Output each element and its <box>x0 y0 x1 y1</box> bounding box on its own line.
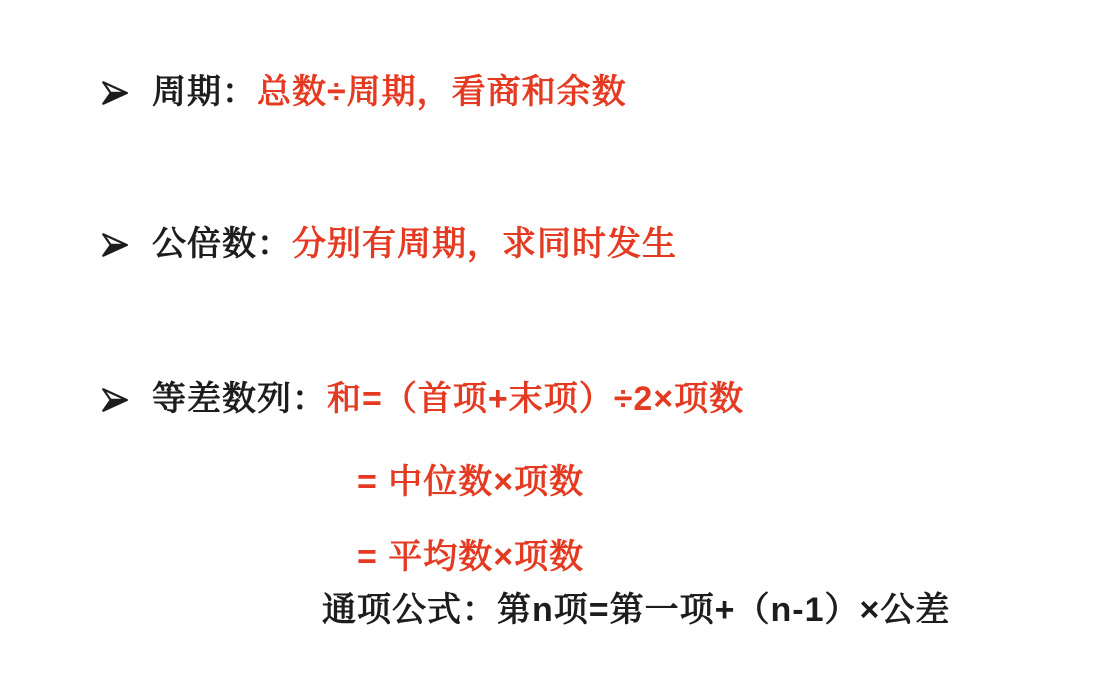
general-term-label: 通项公式： <box>322 590 497 631</box>
average-formula: = 平均数×项数 <box>357 537 584 578</box>
bullet-item-cycle: 周期： 总数÷周期，看商和余数 <box>100 72 627 113</box>
arrowhead-bullet-icon <box>100 229 130 259</box>
arrowhead-bullet-icon <box>100 384 130 414</box>
slide-canvas: 周期： 总数÷周期，看商和余数 公倍数： 分别有周期，求同时发生 等差数列： 和… <box>0 0 1118 692</box>
cycle-label: 周期： <box>152 72 257 113</box>
common-multiple-label: 公倍数： <box>152 224 292 265</box>
arrowhead-bullet-icon <box>100 77 130 107</box>
arithmetic-sequence-label: 等差数列： <box>152 379 327 420</box>
general-term-formula: 第n项=第一项+（n-1）×公差 <box>497 590 950 631</box>
common-multiple-formula: 分别有周期，求同时发生 <box>292 224 677 265</box>
bullet-item-common-multiple: 公倍数： 分别有周期，求同时发生 <box>100 224 677 265</box>
bullet-item-arithmetic-sequence: 等差数列： 和=（首项+末项）÷2×项数 <box>100 379 744 420</box>
general-term-formula-line: 通项公式： 第n项=第一项+（n-1）×公差 <box>322 590 950 631</box>
median-formula: = 中位数×项数 <box>357 462 584 503</box>
average-formula-line: = 平均数×项数 <box>357 537 584 578</box>
cycle-formula: 总数÷周期，看商和余数 <box>257 72 627 113</box>
median-formula-line: = 中位数×项数 <box>357 462 584 503</box>
arithmetic-sum-formula: 和=（首项+末项）÷2×项数 <box>327 379 744 420</box>
